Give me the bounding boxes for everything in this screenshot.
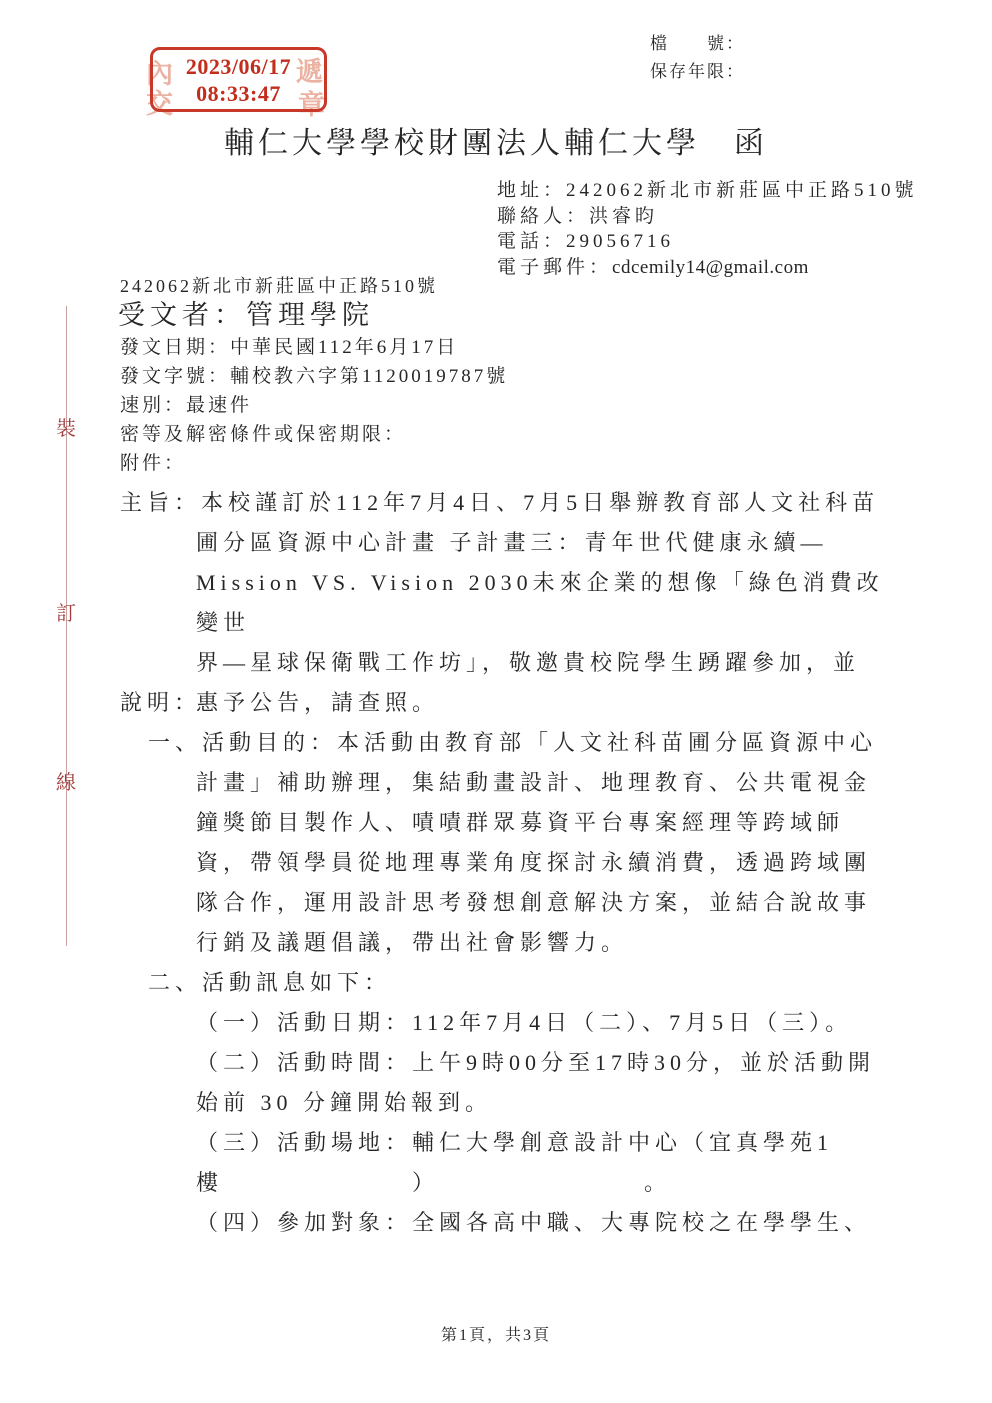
sender-address: 地址：242062新北市新莊區中正路510號 xyxy=(497,178,918,204)
description-line: 資，帶領學員從地理專業角度探討永續消費，透過跨域團 xyxy=(120,843,910,883)
retention-period-label: 保存年限： xyxy=(650,58,745,86)
sender-email-value: cdcemily14@gmail.com xyxy=(612,257,809,278)
description-line: 說明： xyxy=(120,683,910,723)
subject-line: Mission VS. Vision 2030未來企業的想像「綠色消費改變世 xyxy=(120,563,910,643)
binding-char-xian: 線 xyxy=(56,766,76,795)
recipient-name: 受文者：管理學院 xyxy=(118,293,374,332)
document-title: 輔仁大學學校財團法人輔仁大學 函 xyxy=(0,118,992,162)
document-page: 內 交 遞 章 2023/06/17 08:33:47 檔 號： 保存年限： 輔… xyxy=(0,0,992,1403)
description-line: （三）活動場地：輔仁大學創意設計中心（宜真學苑1 xyxy=(120,1123,910,1163)
attachment-label: 附件： xyxy=(120,449,508,478)
security-level: 密等及解密條件或保密期限： xyxy=(120,420,508,449)
sender-contact: 聯絡人：洪睿昀 xyxy=(497,204,918,230)
description-line: 隊合作，運用設計思考發想創意解決方案，並結合說故事 xyxy=(120,883,910,923)
description-line: 計畫」補助辦理，集結動畫設計、地理教育、公共電視金 xyxy=(120,763,910,803)
sender-phone: 電話：29056716 xyxy=(497,229,918,255)
binding-char-zhuang: 裝 xyxy=(56,412,76,441)
subject-line: 主旨：本校謹訂於112年7月4日、7月5日舉辦教育部人文社科苗 xyxy=(120,483,910,523)
sender-email-label: 電子郵件： xyxy=(497,257,612,278)
description-line: （二）活動時間：上午9時00分至17時30分，並於活動開 xyxy=(120,1043,910,1083)
description-line: 一、活動目的：本活動由教育部「人文社科苗圃分區資源中心 xyxy=(120,723,910,763)
file-header: 檔 號： 保存年限： xyxy=(650,30,745,86)
description-line: 始前 30 分鐘開始報到。 xyxy=(120,1083,910,1123)
stamp-time: 08:33:47 xyxy=(196,80,281,107)
description-line: （四）參加對象：全國各高中職、大專院校之在學學生、 xyxy=(120,1203,910,1243)
stamp-date: 2023/06/17 xyxy=(186,53,291,80)
description-line: 鐘獎節目製作人、嘖嘖群眾募資平台專案經理等跨域師 xyxy=(120,803,910,843)
subject-line: 圃分區資源中心計畫 子計畫三：青年世代健康永續— xyxy=(120,523,910,563)
sender-info: 地址：242062新北市新莊區中正路510號 聯絡人：洪睿昀 電話：290567… xyxy=(497,178,918,280)
description-line: 樓 ） 。 xyxy=(120,1163,910,1203)
description-section: 說明： 一、活動目的：本活動由教育部「人文社科苗圃分區資源中心 計畫」補助辦理，… xyxy=(120,683,910,1243)
binding-char-ding: 訂 xyxy=(56,597,76,626)
subject-line: 界—星球保衛戰工作坊」，敬邀貴校院學生踴躍參加，並 xyxy=(120,643,910,683)
description-line: （一）活動日期：112年7月4日（二）、7月5日（三）。 xyxy=(120,1003,910,1043)
received-stamp: 2023/06/17 08:33:47 xyxy=(150,47,327,112)
document-meta: 發文日期：中華民國112年6月17日 發文字號：輔校教六字第1120019787… xyxy=(120,333,508,478)
send-date: 發文日期：中華民國112年6月17日 xyxy=(120,333,508,362)
description-line: 二、活動訊息如下： xyxy=(120,963,910,1003)
doc-number: 發文字號：輔校教六字第1120019787號 xyxy=(120,362,508,391)
speed-level: 速別：最速件 xyxy=(120,391,508,420)
file-number-label: 檔 號： xyxy=(650,30,745,58)
binding-line xyxy=(66,306,67,946)
description-line: 行銷及議題倡議，帶出社會影響力。 xyxy=(120,923,910,963)
page-footer: 第1頁，共3頁 xyxy=(0,1322,992,1345)
sender-email: 電子郵件：cdcemily14@gmail.com xyxy=(497,255,918,281)
